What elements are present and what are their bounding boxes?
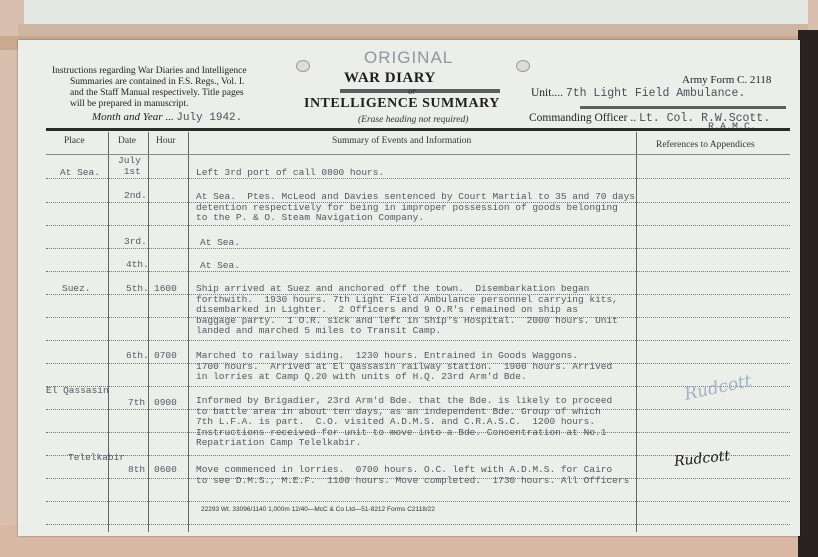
instructions-text: Instructions regarding War Diaries and I… [52, 66, 292, 110]
ruled-line [46, 248, 790, 249]
cell-hour: 0600 [154, 465, 177, 476]
cell-date: 3rd. [124, 237, 147, 248]
column-divider [148, 132, 149, 532]
cell-date: 6th. [126, 351, 149, 362]
header-rule [46, 128, 790, 131]
month-year-label: Month and Year [92, 111, 163, 123]
cell-hour: 0700 [154, 351, 177, 362]
punch-hole-icon [516, 60, 530, 72]
cell-summary: At Sea. [200, 238, 240, 249]
instructions-line: will be prepared in manuscript. [52, 99, 292, 110]
cell-summary: At Sea. [200, 261, 240, 272]
column-header-references: References to Appendices [656, 140, 755, 150]
cell-place: Suez. [62, 284, 91, 295]
army-form-number: Army Form C. 2118 [682, 74, 771, 86]
instructions-line: Summaries are contained in F.S. Regs., V… [52, 77, 292, 88]
cell-summary: Left 3rd port of call 0800 hours. [196, 168, 384, 179]
cell-date: 7th [128, 398, 145, 409]
unit-value: 7th Light Field Ambulance. [566, 87, 745, 100]
column-header-hour: Hour [156, 136, 176, 146]
punch-hole-icon [296, 60, 310, 72]
column-divider [636, 132, 637, 532]
war-diary-page: Instructions regarding War Diaries and I… [18, 40, 800, 536]
ruled-line [46, 178, 790, 179]
original-stamp: ORIGINAL [364, 48, 453, 68]
strike-line [580, 106, 786, 109]
cell-hour: 1600 [154, 284, 177, 295]
cell-date: 5th. [126, 284, 149, 295]
ruled-line [46, 386, 790, 387]
column-divider [108, 132, 109, 532]
printer-imprint: 22293 Wt. 33096/1140 1,000m 12/40—McC & … [201, 506, 435, 513]
month-year-value: July 1942. [176, 112, 242, 124]
instructions-line: and the Staff Manual respectively. Title… [52, 88, 292, 99]
underlying-sheet-top [24, 0, 808, 26]
column-header-date: Date [118, 136, 136, 146]
ruled-line [46, 271, 790, 272]
ruled-line [46, 524, 790, 525]
cell-place: Telelkabir [68, 453, 125, 464]
cell-summary: Move commenced in lorries. 0700 hours. O… [196, 465, 629, 486]
cell-date: 4th. [126, 260, 149, 271]
background-edge [798, 30, 818, 557]
cell-summary: Ship arrived at Suez and anchored off th… [196, 284, 618, 337]
unit-label: Unit [531, 87, 551, 99]
unit-field: Unit.... 7th Light Field Ambulance. [531, 87, 745, 100]
erase-note: (Erase heading not required) [358, 115, 468, 125]
header-divider [46, 154, 790, 155]
column-divider [188, 132, 189, 532]
commanding-officer-label: Commanding Officer [529, 112, 627, 124]
cell-summary: At Sea. Ptes. McLeod and Davies sentence… [196, 192, 635, 224]
strike-line [340, 89, 500, 93]
ruled-line [46, 501, 790, 502]
title-war-diary: WAR DIARY [344, 70, 436, 87]
column-header-place: Place [64, 136, 85, 146]
month-year-field: Month and Year ... July 1942. [92, 111, 242, 124]
ruled-line [46, 340, 790, 341]
cell-date: 8th [128, 465, 145, 476]
cell-place: At Sea. [60, 168, 100, 179]
title-or: or [408, 86, 416, 96]
cell-date: July 1st [118, 156, 141, 177]
ruled-line [46, 225, 790, 226]
cell-hour: 0900 [154, 398, 177, 409]
cell-summary: Informed by Brigadier, 23rd Arm'd Bde. t… [196, 396, 612, 449]
cell-place: El Qassasin [46, 386, 109, 397]
column-header-summary: Summary of Events and Information [332, 136, 471, 146]
cell-date: 2nd. [124, 191, 147, 202]
cell-summary: Marched to railway siding. 1230 hours. E… [196, 351, 612, 383]
diary-table: Place Date Hour Summary of Events and In… [46, 132, 790, 532]
title-intelligence-summary: INTELLIGENCE SUMMARY [304, 96, 500, 112]
instructions-line: Instructions regarding War Diaries and I… [52, 66, 292, 77]
